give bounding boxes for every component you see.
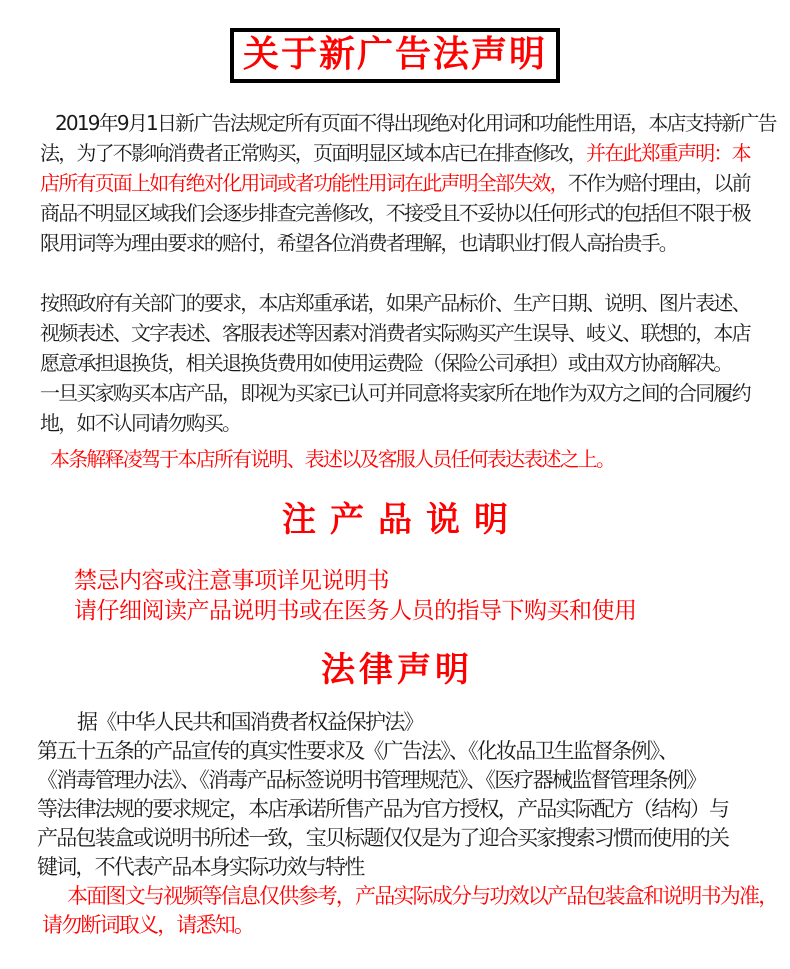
text-segment: 愿意承担退换货，相关退换货费用如使用运费险（保险公司承担）或由双方协商解决。 [40, 351, 732, 375]
notice-title: 关于新广告法声明 [243, 35, 547, 75]
text-segment: 视频表述、文字表述、客服表述等因素对消费者实际购买产生误导、岐义、联想的，本店 [40, 321, 750, 345]
red-text-segment: 本面图文与视频等信息仅供参考，产品实际成分与功效以产品包装盒和说明书为准， [67, 884, 777, 908]
notice-title-box: 关于新广告法声明 [230, 28, 560, 83]
text-line: 本面图文与视频等信息仅供参考，产品实际成分与功效以产品包装盒和说明书为准， [37, 882, 782, 911]
text-line: 第五十五条的产品宣传的真实性要求及《广告法》、《化妆品卫生监督条例》、 [37, 737, 782, 766]
text-line: 店所有页面上如有绝对化用词或者功能性用词在此声明全部失效，不作为赔付理由，以前 [40, 168, 780, 198]
text-line: 2019年9月1日新广告法规定所有页面不得出现绝对化用词和功能性用语，本店支持新… [40, 108, 780, 138]
text-segment: 限用词等为理由要求的赔付，希望各位消费者理解，也请职业打假人高抬贵手。 [40, 231, 677, 255]
text-line: 商品不明显区域我们会逐步排查完善修改，不接受且不妥协以任何形式的包括但不限于极 [40, 198, 780, 228]
red-text-segment: 本条解释凌驾于本店所有说明、表述以及客服人员任何表达表述之上。 [50, 447, 614, 471]
text-line: 限用词等为理由要求的赔付，希望各位消费者理解，也请职业打假人高抬贵手。 [40, 228, 780, 258]
notice-override-statement: 本条解释凌驾于本店所有说明、表述以及客服人员任何表达表述之上。 [40, 444, 780, 474]
product-notes: 禁忌内容或注意事项详见说明书请仔细阅读产品说明书或在医务人员的指导下购买和使用 [40, 566, 780, 626]
red-text-segment: 请勿断词取义，请悉知。 [42, 913, 253, 937]
text-line: 禁忌内容或注意事项详见说明书 [40, 566, 780, 596]
text-segment: 不作为赔付理由，以前 [568, 171, 750, 195]
product-notes-heading: 注产品说明 [0, 500, 790, 540]
red-text-segment: 请仔细阅读产品说明书或在医务人员的指导下购买和使用 [74, 598, 637, 624]
text-line: 本条解释凌驾于本店所有说明、表述以及客服人员任何表达表述之上。 [40, 444, 780, 474]
text-segment: 2019年9月1日新广告法规定所有页面不得出现绝对化用词和功能性用语，本店支持新… [55, 111, 776, 135]
text-line: 一旦买家购买本店产品，即视为买家已认可并同意将卖家所在地作为双方之间的合同履约 [40, 378, 780, 408]
text-line: 键词，不代表产品本身实际功效与特性 [37, 853, 782, 882]
disclaimer-page: 关于新广告法声明 2019年9月1日新广告法规定所有页面不得出现绝对化用词和功能… [0, 28, 790, 940]
text-segment: 法，为了不影响消费者正常购买，页面明显区域本店已在排查修改， [40, 141, 586, 165]
text-line: 请勿断词取义，请悉知。 [37, 911, 782, 940]
text-line: 据《中华人民共和国消费者权益保护法》 [37, 708, 782, 737]
red-text-segment: 并在此郑重声明：本 [586, 141, 750, 165]
text-segment: 按照政府有关部门的要求，本店郑重承诺，如果产品标价、生产日期、说明、图片表述、 [40, 291, 750, 315]
text-segment: 产品包装盒或说明书所述一致，宝贝标题仅仅是为了迎合买家搜索习惯而使用的关 [37, 826, 728, 850]
text-segment: 等法律法规的要求规定，本店承诺所售产品为官方授权，产品实际配方（结构）与 [37, 797, 728, 821]
text-line: 请仔细阅读产品说明书或在医务人员的指导下购买和使用 [40, 596, 780, 626]
text-line: 产品包装盒或说明书所述一致，宝贝标题仅仅是为了迎合买家搜索习惯而使用的关 [37, 824, 782, 853]
text-line: 视频表述、文字表述、客服表述等因素对消费者实际购买产生误导、岐义、联想的，本店 [40, 318, 780, 348]
text-line: 地，如不认同请勿购买。 [40, 408, 780, 438]
text-line: 等法律法规的要求规定，本店承诺所售产品为官方授权，产品实际配方（结构）与 [37, 795, 782, 824]
text-segment: 地，如不认同请勿购买。 [40, 411, 240, 435]
text-segment: 《消毒管理办法》、《消毒产品标签说明书管理规范》、《医疗器械监督管理条例》 [37, 768, 705, 792]
red-text-segment: 店所有页面上如有绝对化用词或者功能性用词在此声明全部失效， [40, 171, 568, 195]
notice-paragraph-adlaw: 2019年9月1日新广告法规定所有页面不得出现绝对化用词和功能性用语，本店支持新… [40, 108, 780, 258]
text-segment: 一旦买家购买本店产品，即视为买家已认可并同意将卖家所在地作为双方之间的合同履约 [40, 381, 750, 405]
text-segment: 据《中华人民共和国消费者权益保护法》 [77, 710, 423, 734]
legal-statement-heading: 法律声明 [0, 650, 790, 690]
legal-statement-paragraph: 据《中华人民共和国消费者权益保护法》第五十五条的产品宣传的真实性要求及《广告法》… [37, 708, 782, 940]
text-segment: 商品不明显区域我们会逐步排查完善修改，不接受且不妥协以任何形式的包括但不限于极 [40, 201, 750, 225]
red-text-segment: 禁忌内容或注意事项详见说明书 [74, 568, 389, 594]
notice-paragraph-promise: 按照政府有关部门的要求，本店郑重承诺，如果产品标价、生产日期、说明、图片表述、视… [40, 288, 780, 438]
text-segment: 第五十五条的产品宣传的真实性要求及《广告法》、《化妆品卫生监督条例》、 [37, 739, 678, 763]
text-line: 按照政府有关部门的要求，本店郑重承诺，如果产品标价、生产日期、说明、图片表述、 [40, 288, 780, 318]
text-line: 《消毒管理办法》、《消毒产品标签说明书管理规范》、《医疗器械监督管理条例》 [37, 766, 782, 795]
text-line: 法，为了不影响消费者正常购买，页面明显区域本店已在排查修改，并在此郑重声明：本 [40, 138, 780, 168]
text-line: 愿意承担退换货，相关退换货费用如使用运费险（保险公司承担）或由双方协商解决。 [40, 348, 780, 378]
text-segment: 键词，不代表产品本身实际功效与特性 [37, 855, 363, 879]
